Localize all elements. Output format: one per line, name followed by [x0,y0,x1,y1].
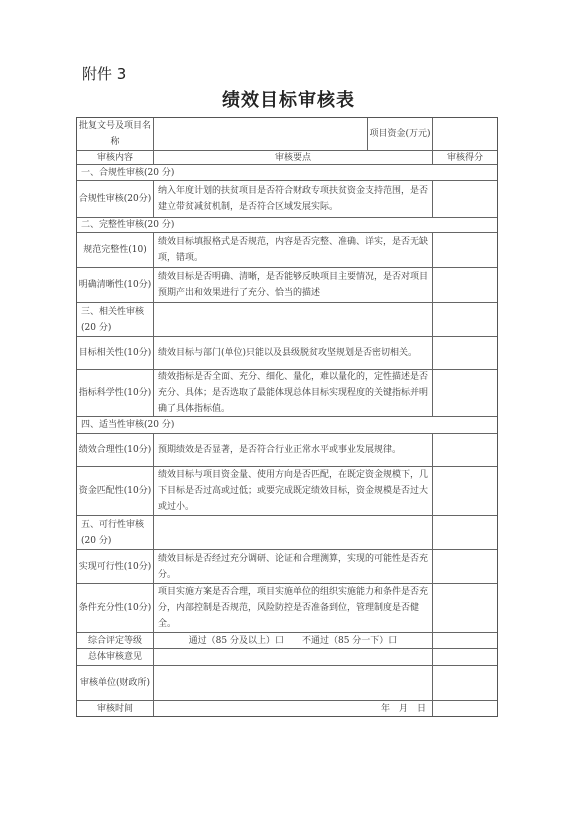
item-score-field[interactable] [433,584,497,633]
document-title: 绩效目标审核表 [0,86,577,112]
column-header-points: 审核要点 [154,151,433,165]
project-name-label: 批复文号及项目名称 [77,118,154,151]
item-label: 指标科学性(10分) [77,370,154,417]
item-score-field[interactable] [433,467,497,516]
review-table: 批复文号及项目名称 项目资金(万元) 审核内容 审核要点 审核得分 一、合规性审… [76,117,498,717]
grade-options[interactable]: 通过（85 分及以上）口 不通过（85 分一下）口 [154,633,433,649]
item-criteria: 绩效指标是否全面、充分、细化、量化，难以量化的，定性描述是否充分、具体；是否选取… [154,370,433,417]
section-criteria-empty [154,303,433,337]
item-score-field[interactable] [433,233,497,268]
project-name-field[interactable] [154,118,368,151]
section-criteria-empty [154,516,433,550]
review-unit-label: 审核单位(财政所) [77,666,154,701]
review-date-label: 审核时间 [77,701,154,716]
item-score-field[interactable] [433,337,497,370]
section-heading-feasibility: 五、可行性审核(20 分) [77,516,154,550]
item-score-field[interactable] [433,434,497,467]
item-criteria: 绩效目标与部门(单位)只能以及县级脱贫攻坚规划是否密切相关。 [154,337,433,370]
item-criteria: 预期绩效是否显著，是否符合行业正常水平或事业发展规律。 [154,434,433,467]
section-score-field[interactable] [433,516,497,550]
item-score-field[interactable] [433,268,497,303]
item-label: 条件充分性(10分) [77,584,154,633]
item-score-field[interactable] [433,370,497,417]
opinion-label: 总体审核意见 [77,649,154,666]
item-score-field[interactable] [433,550,497,584]
item-label: 实现可行性(10分) [77,550,154,584]
review-unit-field[interactable] [154,666,433,701]
item-criteria: 绩效目标是否明确、清晰，是否能够反映项目主要情况，是否对项目预期产出和效果进行了… [154,268,433,303]
item-label: 目标相关性(10分) [77,337,154,370]
review-unit-extra-field[interactable] [433,666,497,701]
section-heading-compliance: 一、合规性审核(20 分) [77,165,497,181]
item-label: 规范完整性(10) [77,233,154,268]
item-criteria: 项目实施方案是否合理，项目实施单位的组织实施能力和条件是否充分，内部控制是否规范… [154,584,433,633]
section-heading-appropriateness: 四、适当性审核(20 分) [77,417,497,434]
section-heading-relevance: 三、相关性审核(20 分) [77,303,154,337]
column-header-content: 审核内容 [77,151,154,165]
section-heading-completeness: 二、完整性审核(20 分) [77,218,497,233]
item-label: 资金匹配性(10分) [77,467,154,516]
column-header-score: 审核得分 [433,151,497,165]
item-criteria: 绩效目标填报格式是否规范，内容是否完整、准确、详实，是否无缺项，错项。 [154,233,433,268]
attachment-label: 附件 3 [82,63,126,84]
item-score-field[interactable] [433,181,497,218]
project-funds-label: 项目资金(万元) [368,118,433,151]
review-date-field[interactable]: 年 月 日 [154,701,433,716]
grade-score-field[interactable] [433,633,497,649]
project-funds-field[interactable] [433,118,497,151]
item-label: 合规性审核(20分) [77,181,154,218]
section-score-field[interactable] [433,303,497,337]
item-label: 明确清晰性(10分) [77,268,154,303]
item-criteria: 纳入年度计划的扶贫项目是否符合财政专项扶贫资金支持范围，是否建立带贫减贫机制，是… [154,181,433,218]
grade-label: 综合评定等级 [77,633,154,649]
item-label: 绩效合理性(10分) [77,434,154,467]
review-date-extra-field[interactable] [433,701,497,716]
item-criteria: 绩效目标与项目资金量、使用方向是否匹配，在既定资金规模下，几下目标是否过高或过低… [154,467,433,516]
opinion-extra-field[interactable] [433,649,497,666]
opinion-field[interactable] [154,649,433,666]
item-criteria: 绩效目标是否经过充分调研、论证和合理测算，实现的可能性是否充分。 [154,550,433,584]
